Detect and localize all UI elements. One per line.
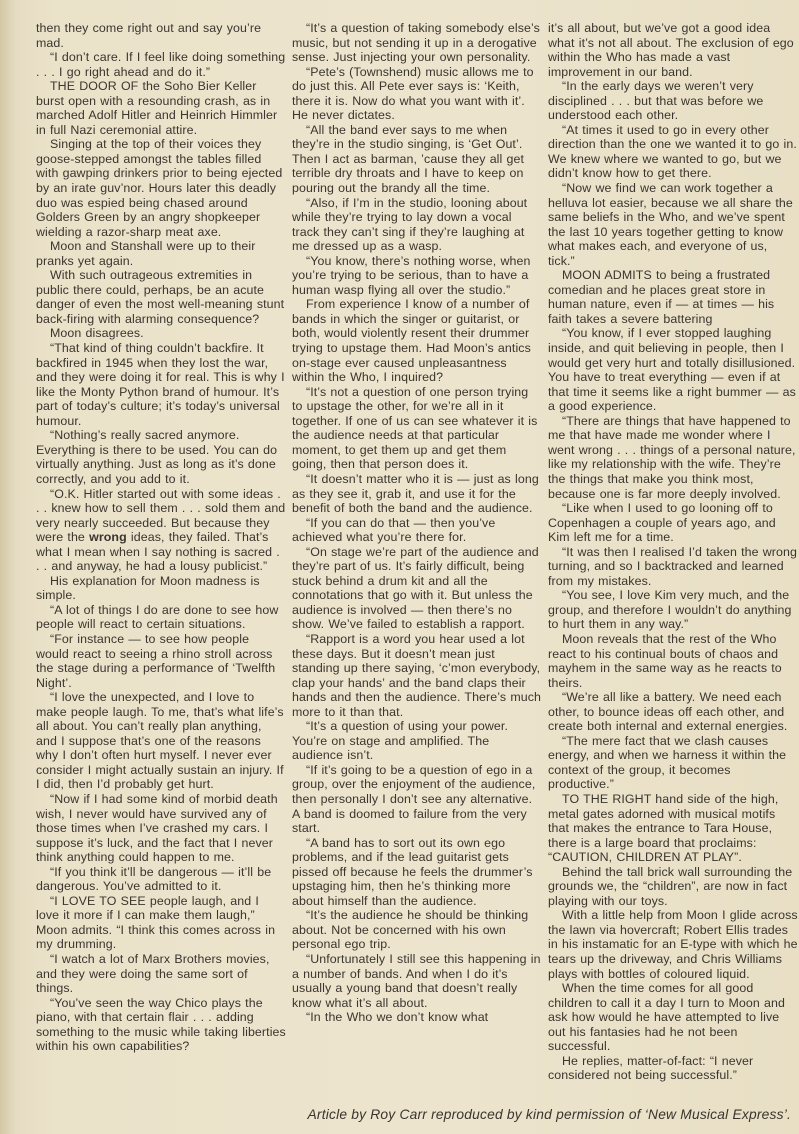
article-paragraph: “It’s a question of using your power. Yo… (292, 719, 542, 763)
article-paragraph: it’s all about, but we’ve got a good ide… (548, 21, 798, 79)
article-paragraph: “Nothing’s really sacred anymore. Everyt… (36, 428, 286, 486)
article-paragraph: Moon reveals that the rest of the Who re… (548, 632, 798, 690)
article-paragraph: “It doesn’t matter who it is — just as l… (292, 472, 542, 516)
article-paragraph: “You see, I love Kim very much, and the … (548, 588, 798, 632)
article-paragraph: THE DOOR OF the Soho Bier Keller burst o… (36, 79, 286, 137)
article-paragraph: “I love the unexpected, and I love to ma… (36, 690, 286, 792)
article-paragraph: “If you can do that — then you’ve achiev… (292, 516, 542, 545)
article-paragraph: From experience I know of a number of ba… (292, 297, 542, 384)
article-paragraph: Singing at the top of their voices they … (36, 137, 286, 239)
article-paragraph: “It’s the audience he should be thinking… (292, 908, 542, 952)
article-paragraph: “I don’t care. If I feel like doing some… (36, 50, 286, 79)
article-paragraph: TO THE RIGHT hand side of the high, meta… (548, 792, 798, 865)
article-paragraph: With such outrageous extremities in publ… (36, 268, 286, 326)
article-paragraph: “At times it used to go in every other d… (548, 123, 798, 181)
article-paragraph: “Also, if I’m in the studio, looning abo… (292, 196, 542, 254)
article-paragraph: “If you think it’ll be dangerous — it’ll… (36, 865, 286, 894)
article-paragraph: “Now if I had some kind of morbid death … (36, 792, 286, 865)
article-paragraph: “For instance — to see how people would … (36, 632, 286, 690)
article-paragraph: “You’ve seen the way Chico plays the pia… (36, 996, 286, 1054)
article-paragraph: “It’s a question of taking somebody else… (292, 21, 542, 65)
article-paragraph: “All the band ever says to me when they’… (292, 123, 542, 196)
article-paragraph: MOON ADMITS to being a frustrated comedi… (548, 268, 798, 326)
article-paragraph: His explanation for Moon madness is simp… (36, 574, 286, 603)
article-paragraph: “I LOVE TO SEE people laugh, and I love … (36, 894, 286, 952)
article-paragraph: “You know, there’s nothing worse, when y… (292, 254, 542, 298)
article-paragraph: “Rapport is a word you hear used a lot t… (292, 632, 542, 719)
article-paragraph: When the time comes for all good childre… (548, 981, 798, 1054)
article-paragraph: “That kind of thing couldn’t backfire. I… (36, 341, 286, 428)
article-paragraph: Behind the tall brick wall surrounding t… (548, 865, 798, 909)
article-paragraph: “There are things that have happened to … (548, 414, 798, 501)
article-paragraph: “In the early days we weren’t very disci… (548, 79, 798, 123)
article-paragraph: With a little help from Moon I glide acr… (548, 908, 798, 981)
article-paragraph: “O.K. Hitler started out with some ideas… (36, 487, 286, 574)
article-paragraph: He replies, matter-of-fact: “I never con… (548, 1054, 798, 1083)
article-paragraph: “Like when I used to go looning off to C… (548, 501, 798, 545)
article-paragraph: “Now we find we can work together a hell… (548, 181, 798, 268)
article-credit-line: Article by Roy Carr reproduced by kind p… (308, 1107, 792, 1122)
article-column-2: “It’s a question of taking somebody else… (292, 21, 542, 1083)
article-paragraph: then they come right out and say you’re … (36, 21, 286, 50)
article-paragraph: “We’re all like a battery. We need each … (548, 690, 798, 734)
magazine-article-page: then they come right out and say you’re … (0, 0, 799, 1134)
article-column-3: it’s all about, but we’ve got a good ide… (548, 21, 798, 1083)
article-paragraph: “Unfortunately I still see this happenin… (292, 952, 542, 1010)
article-paragraph: “On stage we’re part of the audience and… (292, 545, 542, 632)
article-paragraph: “I watch a lot of Marx Brothers movies, … (36, 952, 286, 996)
article-paragraph: “The mere fact that we clash causes ener… (548, 734, 798, 792)
article-paragraph: “Pete’s (Townshend) music allows me to d… (292, 65, 542, 123)
article-paragraph: “In the Who we don’t know what (292, 1010, 542, 1025)
article-paragraph: “It’s not a question of one person tryin… (292, 385, 542, 472)
article-paragraph: “A band has to sort out its own ego prob… (292, 836, 542, 909)
article-paragraph: “If it’s going to be a question of ego i… (292, 763, 542, 836)
article-paragraph: Moon and Stanshall were up to their pran… (36, 239, 286, 268)
article-column-1: then they come right out and say you’re … (36, 21, 286, 1083)
article-columns: then they come right out and say you’re … (36, 21, 793, 1083)
article-paragraph: “You know, if I ever stopped laughing in… (548, 326, 798, 413)
article-paragraph: Moon disagrees. (36, 326, 286, 341)
article-paragraph: “A lot of things I do are done to see ho… (36, 603, 286, 632)
article-paragraph: “It was then I realised I’d taken the wr… (548, 545, 798, 589)
